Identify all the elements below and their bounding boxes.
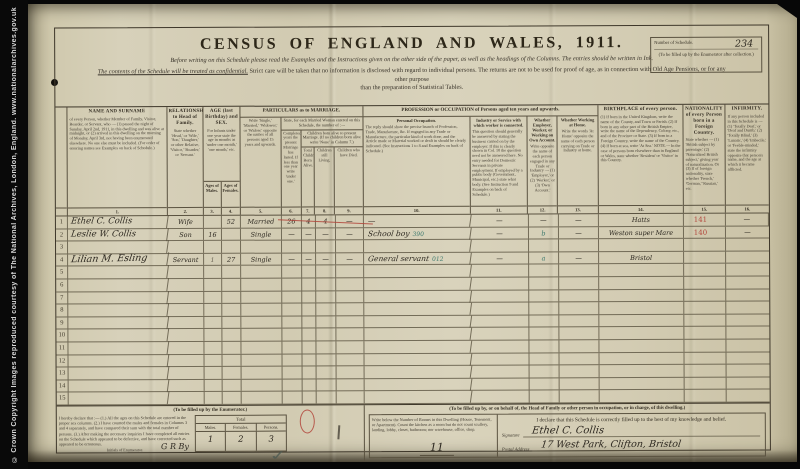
cell-name [68, 366, 170, 379]
cell-employment [529, 303, 559, 315]
cell-marriage [241, 291, 282, 303]
cell-marriage [242, 392, 283, 404]
cell-industry [471, 315, 529, 327]
copyright-strip: © Crown Copyright Images reproduced cour… [0, 0, 28, 469]
cell-nationality: 140 [684, 226, 726, 238]
census-paper: CENSUS OF ENGLAND AND WALES, 1911. Befor… [28, 4, 797, 462]
cell-industry: — [471, 252, 529, 264]
cell-name [67, 303, 169, 316]
cell-children-died [336, 316, 364, 328]
cell-at-home [559, 328, 599, 340]
cell-age-female: 52 [222, 216, 241, 228]
cell-at-home [559, 302, 599, 314]
cell-birthplace [599, 277, 684, 289]
cell-name [67, 240, 169, 253]
cell-relationship [169, 392, 205, 404]
cell-nationality [684, 314, 726, 326]
cell-employment [530, 391, 560, 403]
cell-infirmity [726, 264, 769, 276]
cell-nationality [684, 340, 726, 352]
col-working-at-home: Whether Working at Home. Write the words… [558, 116, 598, 213]
cell-birthplace [599, 315, 684, 327]
cell-infirmity [726, 239, 769, 251]
copyright-text: © Crown Copyright Images reproduced cour… [11, 7, 18, 462]
cell-industry [471, 328, 529, 340]
cell-children-died [337, 366, 365, 378]
schedule-number-box: Number of Schedule. 234 (To be filled up… [650, 36, 762, 72]
cell-age-male [204, 317, 222, 329]
cell-relationship [168, 304, 204, 316]
cell-nationality [684, 277, 726, 289]
cell-employment [529, 240, 559, 252]
cell-employment [529, 290, 559, 302]
schedule-number-value: 234 [735, 39, 753, 51]
cell-years-married [282, 278, 302, 290]
cell-children-living [316, 316, 336, 328]
cell-occupation: — [363, 215, 472, 227]
cell-age-female [222, 266, 241, 278]
cell-nationality [684, 264, 726, 276]
cell-row-number: 12 [57, 355, 69, 367]
cell-children-died: — [336, 253, 364, 265]
cell-infirmity: — [726, 226, 769, 238]
cell-children-living [316, 266, 336, 278]
clerical-status-code: a [542, 254, 546, 262]
cell-nationality [684, 289, 726, 301]
cell-employment [529, 277, 559, 289]
householder-declaration: I declare that this Schedule is correctl… [502, 416, 761, 423]
col-relationship: RELATIONSHIP to Head of Family. State wh… [167, 107, 203, 215]
enumerator-section: (To be filled up by the Enumerator.) I h… [57, 405, 365, 462]
cell-at-home [559, 353, 599, 365]
cell-employment [529, 340, 559, 352]
col-personal-occupation: Personal Occupation. The reply should sh… [363, 117, 470, 215]
cell-occupation [364, 353, 473, 365]
cell-marriage: Single [241, 228, 282, 240]
postal-address-label: Postal Address [502, 446, 529, 451]
clerical-occupation-code: 012 [431, 256, 443, 263]
cell-relationship [169, 380, 205, 392]
cell-occupation [364, 303, 473, 315]
cell-age-male [204, 241, 222, 253]
cell-relationship: Son [168, 229, 204, 241]
cell-years-married [282, 241, 302, 253]
col-age-group: AGE (last Birthday) and SEX. For Infants… [203, 107, 240, 215]
table-rows: 1Ethel C. CollisWife52Married2644—————Ha… [56, 213, 770, 405]
cell-name [68, 341, 170, 354]
cell-relationship [168, 266, 204, 278]
cell-row-number: 11 [56, 342, 68, 354]
cell-industry [471, 340, 529, 352]
cell-children-born [303, 354, 317, 366]
form-header: CENSUS OF ENGLAND AND WALES, 1911. Befor… [55, 33, 768, 106]
signature-value: Ethel C. Collis [523, 425, 762, 437]
cell-age-male [205, 380, 223, 392]
cell-infirmity [726, 251, 769, 263]
col-children-group: Children born alive to present Marriage.… [301, 130, 363, 215]
cell-age-female [222, 228, 241, 240]
cell-employment [529, 315, 559, 327]
cell-occupation [364, 378, 473, 390]
cell-relationship [168, 317, 204, 329]
cell-children-born [303, 379, 317, 391]
cell-name: Leslie W. Collis [67, 228, 169, 241]
census-table: NAME AND SURNAME of every Person, whethe… [55, 103, 770, 462]
cell-employment [530, 365, 560, 377]
cell-years-married [282, 266, 302, 278]
cell-occupation [364, 315, 473, 327]
cell-age-male [204, 279, 222, 291]
cell-age-male: 16 [204, 228, 222, 240]
cell-row-number: 8 [56, 305, 68, 317]
cell-children-died: — [336, 228, 364, 240]
cell-occupation: School boy390 [363, 227, 472, 239]
cell-industry [471, 277, 529, 289]
cell-employment: b [529, 227, 559, 239]
cell-years-married [282, 291, 302, 303]
householder-heading: (To be filled up by, or on behalf of, th… [369, 405, 766, 412]
cell-infirmity [726, 276, 769, 288]
stray-ink-mark: 1 [211, 257, 215, 264]
cell-industry [471, 240, 529, 252]
cell-years-married [282, 329, 302, 341]
cell-name [68, 391, 170, 404]
cell-children-living [316, 291, 336, 303]
cell-relationship [168, 241, 204, 253]
cell-nationality [684, 352, 726, 364]
cell-children-living [317, 354, 337, 366]
clerical-red-code: 140 [694, 228, 707, 236]
enumerator-initials: G R By [161, 442, 189, 452]
cell-marriage [241, 342, 282, 354]
cell-at-home: — [559, 252, 599, 264]
cell-age-male: 1 [204, 254, 222, 266]
cell-birthplace [599, 289, 684, 301]
cell-years-married: 26 [282, 215, 302, 227]
rooms-instructions: Write below the Number of Rooms in this … [372, 417, 492, 433]
cell-industry [471, 303, 529, 315]
cell-children-born [303, 367, 317, 379]
cell-marriage: Married [241, 216, 282, 228]
cell-nationality [684, 302, 726, 314]
cell-children-died [336, 341, 364, 353]
signature-label: Signature [502, 432, 520, 437]
cell-years-married [282, 304, 302, 316]
col-children-born: Total Children Born Alive. 7. [301, 147, 315, 214]
col-industry: Industry or Service with which worker is… [470, 116, 528, 213]
cell-birthplace [600, 390, 685, 402]
schedule-number-label: Number of Schedule. [654, 40, 712, 46]
cell-age-female [222, 329, 241, 341]
totals-males-label: Males. [196, 424, 226, 431]
cell-at-home [559, 290, 599, 302]
cell-name [67, 291, 169, 304]
cell-infirmity [726, 339, 769, 351]
cell-children-born [302, 291, 316, 303]
cell-name [68, 354, 170, 367]
cell-industry: — [471, 227, 529, 239]
cell-children-living [317, 366, 337, 378]
cell-children-born: — [302, 253, 316, 265]
col-infirmity: INFIRMITY. If any person included in thi… [725, 104, 768, 212]
col-children-died: Children who have Died. 9. [335, 147, 363, 214]
cell-nationality [684, 327, 726, 339]
col-name: NAME AND SURNAME of every Person, whethe… [67, 107, 167, 215]
cell-employment [530, 378, 560, 390]
cell-relationship [169, 354, 205, 366]
enumerator-declaration: I hereby declare that :— (1.) All the ag… [59, 415, 191, 453]
cell-row-number: 1 [56, 217, 68, 229]
cell-marriage [242, 379, 283, 391]
cell-years-married [283, 367, 303, 379]
householder-section: (To be filled up by, or on behalf of, th… [365, 403, 770, 461]
cell-name [68, 316, 170, 329]
cell-years-married [283, 354, 303, 366]
cell-children-born: — [302, 228, 316, 240]
check-mark: ✓ [267, 447, 289, 464]
cell-age-female [223, 354, 242, 366]
cell-years-married [282, 316, 302, 328]
cell-birthplace [599, 327, 684, 339]
cell-children-died [336, 291, 364, 303]
cell-infirmity [726, 327, 769, 339]
cell-marriage [242, 354, 283, 366]
cell-children-died [336, 303, 364, 315]
cell-row-number: 7 [56, 292, 68, 304]
cell-occupation [364, 391, 473, 403]
corner-tear [777, 4, 797, 18]
cell-row-number: 2 [56, 229, 68, 241]
cell-children-living [316, 341, 336, 353]
cell-children-living [316, 303, 336, 315]
cell-age-female [223, 367, 242, 379]
cell-occupation [363, 240, 472, 252]
cell-years-married [282, 341, 302, 353]
cell-marriage [241, 266, 282, 278]
cell-name: Ethel C. Collis [67, 215, 169, 228]
cell-marriage: Single [241, 253, 282, 265]
col-birthplace: BIRTHPLACE of every person. (1) If born … [598, 105, 683, 213]
cell-age-male [204, 291, 222, 303]
cell-children-living: — [316, 253, 336, 265]
col-employment-status: Whether Employer, Worker, or Working on … [528, 116, 558, 213]
cell-age-female [222, 279, 241, 291]
rooms-count: 11 [420, 441, 454, 456]
cell-children-born [302, 266, 316, 278]
cell-nationality: 141 [684, 214, 726, 226]
cell-birthplace [599, 340, 684, 352]
cell-children-born [302, 241, 316, 253]
col-age-females: Ages of Females. 4. [221, 182, 240, 215]
cell-children-living: — [316, 228, 336, 240]
cell-name [68, 379, 170, 392]
cell-name [67, 265, 169, 278]
cell-age-female [222, 342, 241, 354]
col-profession-group: PROFESSION or OCCUPATION of Persons aged… [363, 105, 598, 214]
cell-children-born [303, 392, 317, 404]
totals-persons-label: Persons. [256, 423, 285, 430]
cell-years-married [283, 392, 303, 404]
cell-occupation [363, 265, 472, 277]
cell-at-home [559, 277, 599, 289]
table-header: NAME AND SURNAME of every Person, whethe… [55, 104, 768, 216]
cell-years-married: — [282, 228, 302, 240]
col-marriage-state: Write 'Single,' 'Married,' 'Widower,' or… [240, 117, 281, 214]
cell-age-female: 27 [222, 254, 241, 266]
cell-age-male [204, 342, 222, 354]
cell-age-female [223, 392, 242, 404]
cell-at-home [559, 265, 599, 277]
confidential-intro: The contents of the Schedule will be tre… [98, 68, 248, 76]
cell-at-home [560, 390, 600, 402]
cell-marriage [242, 367, 283, 379]
cell-birthplace [600, 378, 685, 390]
cell-row-number: 14 [57, 380, 69, 392]
cell-birthplace [599, 352, 684, 364]
confidential-last: than the preparation of Statistical Tabl… [360, 84, 463, 91]
cell-age-male [205, 392, 223, 404]
cell-children-born [302, 329, 316, 341]
cell-employment: a [529, 252, 559, 264]
clerical-occupation-code: 390 [412, 231, 424, 238]
cell-children-died [336, 329, 364, 341]
cell-children-living [317, 392, 337, 404]
cell-age-male [204, 216, 222, 228]
cell-relationship [168, 291, 204, 303]
cell-industry [471, 265, 529, 277]
col-married-women-group: State, for each Married Woman entered on… [281, 117, 363, 214]
cell-children-died [337, 392, 365, 404]
cell-at-home [559, 315, 599, 327]
cell-nationality [685, 377, 727, 389]
census-form: CENSUS OF ENGLAND AND WALES, 1911. Befor… [54, 24, 771, 453]
cell-industry [471, 290, 529, 302]
totals-males-value: 1 [196, 432, 226, 452]
declaration-box: I declare that this Schedule is correctl… [498, 413, 765, 456]
cell-infirmity [726, 302, 769, 314]
cell-at-home: — [559, 214, 599, 226]
cell-row-number: 9 [56, 317, 68, 329]
cell-name [67, 278, 169, 291]
cell-nationality [684, 239, 726, 251]
cell-age-female [222, 241, 241, 253]
cell-years-married: — [282, 253, 302, 265]
cell-age-female [223, 379, 242, 391]
cell-infirmity [727, 390, 770, 402]
cell-occupation [364, 341, 473, 353]
cell-marriage [241, 279, 282, 291]
cell-relationship: Wife [168, 216, 204, 228]
col-nationality: NATIONALITY of every Person born in a Fo… [683, 105, 725, 213]
cell-years-married [283, 379, 303, 391]
cell-birthplace: Hatts [599, 214, 684, 226]
cell-occupation [364, 366, 473, 378]
cell-birthplace [599, 264, 684, 276]
col-children-living: Children still Living. 8. [315, 147, 335, 214]
cell-children-living [317, 379, 337, 391]
cell-marriage [241, 304, 282, 316]
cell-industry [472, 366, 530, 378]
cell-age-female [222, 304, 241, 316]
cell-industry [472, 378, 530, 390]
cell-birthplace [599, 302, 684, 314]
cell-occupation [363, 278, 472, 290]
cell-birthplace: Weston super Mare [599, 226, 684, 238]
cell-employment [529, 265, 559, 277]
clerical-red-code: 141 [694, 216, 707, 224]
cell-children-died [336, 240, 364, 252]
cell-occupation: General servant012 [363, 253, 472, 265]
cell-employment [529, 328, 559, 340]
cell-industry [472, 391, 530, 403]
totals-females-value: 2 [226, 432, 256, 452]
cell-children-died [337, 379, 365, 391]
cell-at-home: — [559, 227, 599, 239]
cell-birthplace: Bristol [599, 252, 684, 264]
cell-at-home [560, 365, 600, 377]
cell-row-number: 13 [57, 368, 69, 380]
cell-employment [529, 353, 559, 365]
cell-nationality [685, 365, 727, 377]
cell-age-male [205, 354, 223, 366]
cell-at-home [559, 340, 599, 352]
cell-at-home [559, 239, 599, 251]
cell-children-living [316, 241, 336, 253]
clerical-status-code: b [541, 229, 545, 237]
red-oval-mark [300, 409, 315, 433]
col-age-males: Ages of Males. 3. [204, 182, 222, 215]
cell-infirmity [726, 314, 769, 326]
cell-occupation [364, 328, 473, 340]
cell-age-female [222, 291, 241, 303]
cell-industry [471, 353, 529, 365]
cell-infirmity [727, 377, 770, 389]
cell-age-female [222, 316, 241, 328]
cell-employment: — [529, 214, 559, 226]
cell-age-male [204, 266, 222, 278]
cell-occupation [363, 290, 472, 302]
cell-children-died [337, 354, 365, 366]
cell-relationship: Servant [168, 254, 204, 266]
scanned-census-page: © Crown Copyright Images reproduced cour… [0, 0, 800, 469]
table-footer: (To be filled up by the Enumerator.) I h… [57, 402, 770, 462]
cell-at-home [560, 378, 600, 390]
cell-nationality [684, 251, 726, 263]
cell-name [68, 328, 170, 341]
cell-infirmity [726, 289, 769, 301]
col-years-married: Completed years the present Marriage has… [281, 130, 301, 215]
postal-address-value: 17 West Park, Clifton, Bristol [533, 439, 762, 451]
cell-relationship [168, 329, 204, 341]
cell-marriage [241, 241, 282, 253]
cell-children-died [336, 266, 364, 278]
cell-relationship [169, 367, 205, 379]
cell-relationship [168, 279, 204, 291]
col-marriage-group: PARTICULARS as to MARRIAGE. Write 'Singl… [240, 106, 363, 215]
cell-row-number: 6 [56, 279, 68, 291]
enumerator-heading: (To be filled up by the Enumerator.) [59, 407, 362, 413]
cell-marriage [241, 329, 282, 341]
cell-birthplace [600, 365, 685, 377]
cell-infirmity [726, 352, 769, 364]
cell-age-male [204, 329, 222, 341]
cell-marriage [241, 316, 282, 328]
cell-children-living [316, 278, 336, 290]
cell-nationality [685, 390, 727, 402]
cell-children-born [302, 316, 316, 328]
totals-table: Total Males. Females. Persons. 1 2 3 [195, 414, 287, 452]
cell-children-died [336, 278, 364, 290]
